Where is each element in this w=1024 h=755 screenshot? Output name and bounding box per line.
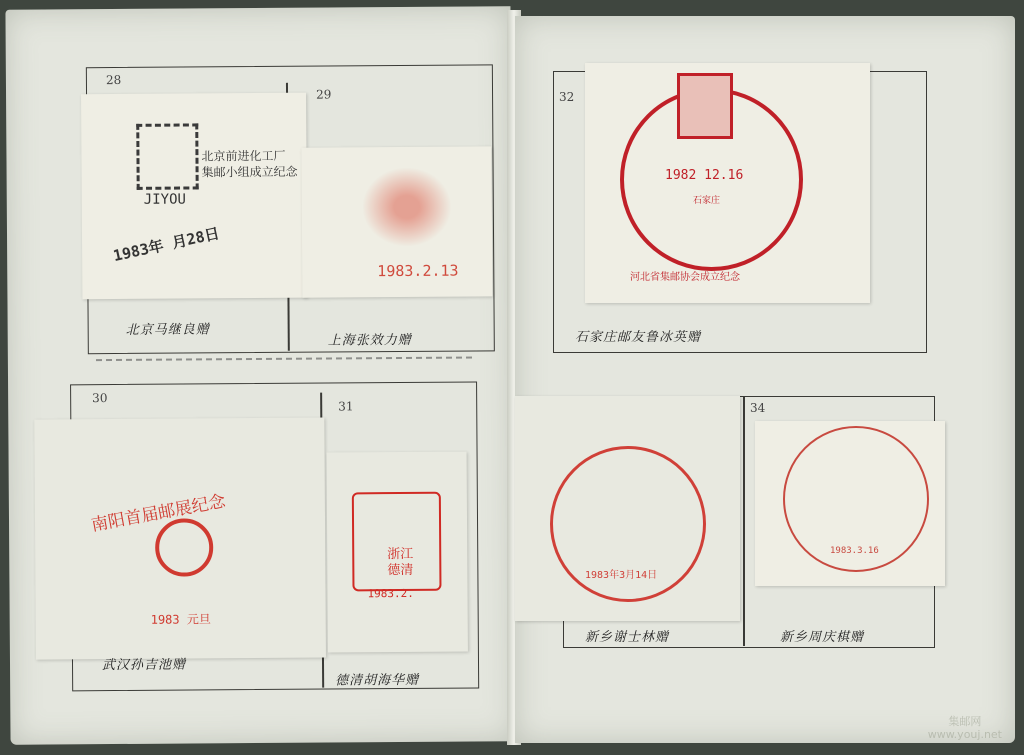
cell-number: 28 <box>106 73 121 87</box>
decorative-divider <box>96 356 476 361</box>
stamp-cutting-32: 1982 12.16 石家庄 河北省集邮协会成立纪念 <box>585 63 870 303</box>
stamp-cutting-31: 浙江德清 1983.2. <box>327 452 468 653</box>
caption: 新乡谢士林赠 <box>585 626 669 645</box>
stamp-date: 1983.2.13 <box>377 262 458 281</box>
stamp-date: 1982 12.16 <box>665 168 743 183</box>
cell-number: 30 <box>92 391 107 405</box>
caption: 北京马继良赠 <box>126 318 210 338</box>
caption: 武汉孙吉池赠 <box>102 654 186 674</box>
stamp-text: 北京前进化工厂集邮小组成立纪念 <box>201 148 297 181</box>
stamp-frame-icon <box>136 123 198 189</box>
stamp-date: 1983 元旦 <box>151 610 211 627</box>
emblem-icon <box>155 518 213 576</box>
flower-icon <box>362 167 453 248</box>
cell-number: 31 <box>338 399 353 413</box>
left-album-page: 28 29 北京前进化工厂集邮小组成立纪念 JIYOU 1983年 月28日 1… <box>5 6 515 745</box>
caption: 德清胡海华赠 <box>335 669 419 689</box>
cell-number: 34 <box>750 401 765 415</box>
stamp-date: 1983.2. <box>367 587 413 600</box>
stamp-latin: JIYOU <box>144 192 186 208</box>
stamp-location: 石家庄 <box>693 193 720 206</box>
watermark: 集邮网www.youj.net <box>928 715 1002 741</box>
stamp-text: 河北省集邮协会成立纪念 <box>630 268 740 283</box>
stamp-cutting-28: 北京前进化工厂集邮小组成立纪念 JIYOU 1983年 月28日 <box>81 93 307 300</box>
stamp-cutting-29: 1983.2.13 <box>301 146 492 297</box>
stamp-date: 1983年3月14日 <box>585 566 657 581</box>
cell-number: 32 <box>559 90 574 104</box>
stamp-date: 1983年 月28日 <box>111 222 221 266</box>
cell-divider <box>743 396 745 646</box>
stamp-cutting-34: 1983.3.16 <box>755 421 945 586</box>
caption: 新乡周庆棋赠 <box>780 626 864 645</box>
caption: 上海张效力赠 <box>328 329 412 349</box>
stamp-vignette-icon <box>677 73 733 139</box>
stamp-date: 1983.3.16 <box>830 546 879 556</box>
caption: 石家庄邮友鲁冰英赠 <box>575 326 701 345</box>
stamp-cutting-33: 1983年3月14日 <box>515 396 740 621</box>
stamp-text: 浙江德清 <box>387 547 413 579</box>
cell-number: 29 <box>316 87 331 101</box>
right-album-page: 32 1982 12.16 石家庄 河北省集邮协会成立纪念 石家庄邮友鲁冰英赠 … <box>515 16 1015 743</box>
stamp-cutting-30: 南阳首届邮展纪念 1983 元旦 <box>34 418 326 660</box>
